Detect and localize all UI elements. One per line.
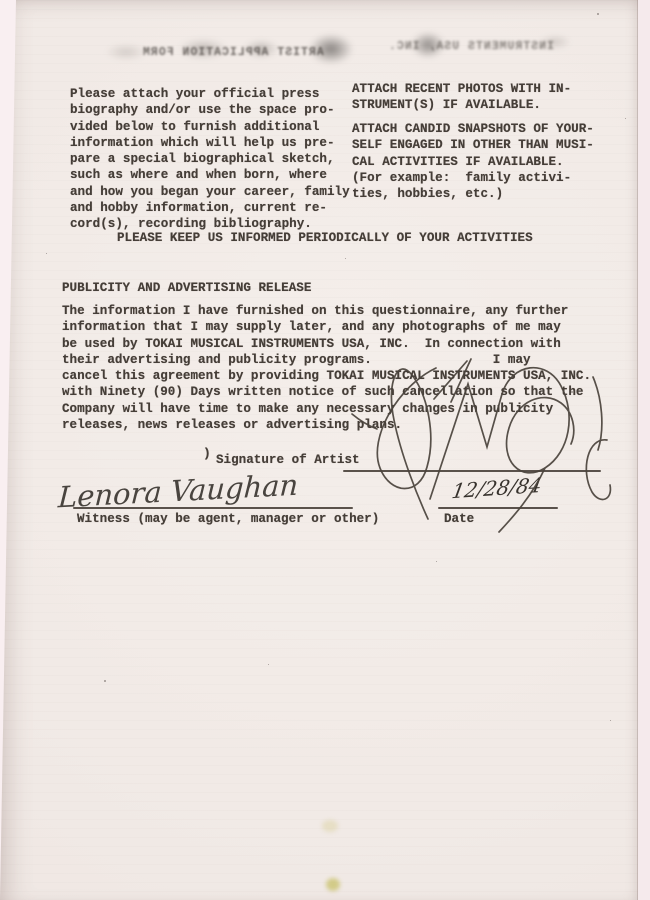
attach-photos-note: ATTACH RECENT PHOTOS WITH IN- STRUMENT(S… — [352, 81, 571, 114]
ghost-header-right-text: INSTRUMENTS USA, INC. — [388, 40, 554, 53]
artist-signature-label: Signature of Artist — [216, 452, 360, 468]
release-body-paragraph: The information I have furnished on this… — [62, 303, 591, 433]
release-heading: PUBLICITY AND ADVERTISING RELEASE — [62, 280, 311, 296]
attach-snapshots-note: ATTACH CANDID SNAPSHOTS OF YOUR- SELF EN… — [352, 121, 594, 202]
witness-label: Witness (may be agent, manager or other) — [77, 511, 379, 527]
witness-signature-line — [73, 507, 353, 509]
intro-left-paragraph: Please attach your official press biogra… — [70, 86, 350, 233]
keep-informed-line: PLEASE KEEP US INFORMED PERIODICALLY OF … — [117, 230, 533, 246]
stray-paren-mark: ) — [203, 446, 211, 462]
paper-stain — [326, 878, 340, 891]
artist-signature-line — [343, 470, 601, 472]
scanned-document-page: ARTIST APPLICATION FORM INSTRUMENTS USA,… — [0, 0, 650, 900]
paper-stain — [322, 820, 338, 832]
paper-right-edge — [637, 0, 638, 900]
date-label: Date — [444, 511, 474, 527]
ghost-header-left-text: ARTIST APPLICATION FORM — [142, 46, 324, 59]
date-line — [438, 507, 558, 509]
